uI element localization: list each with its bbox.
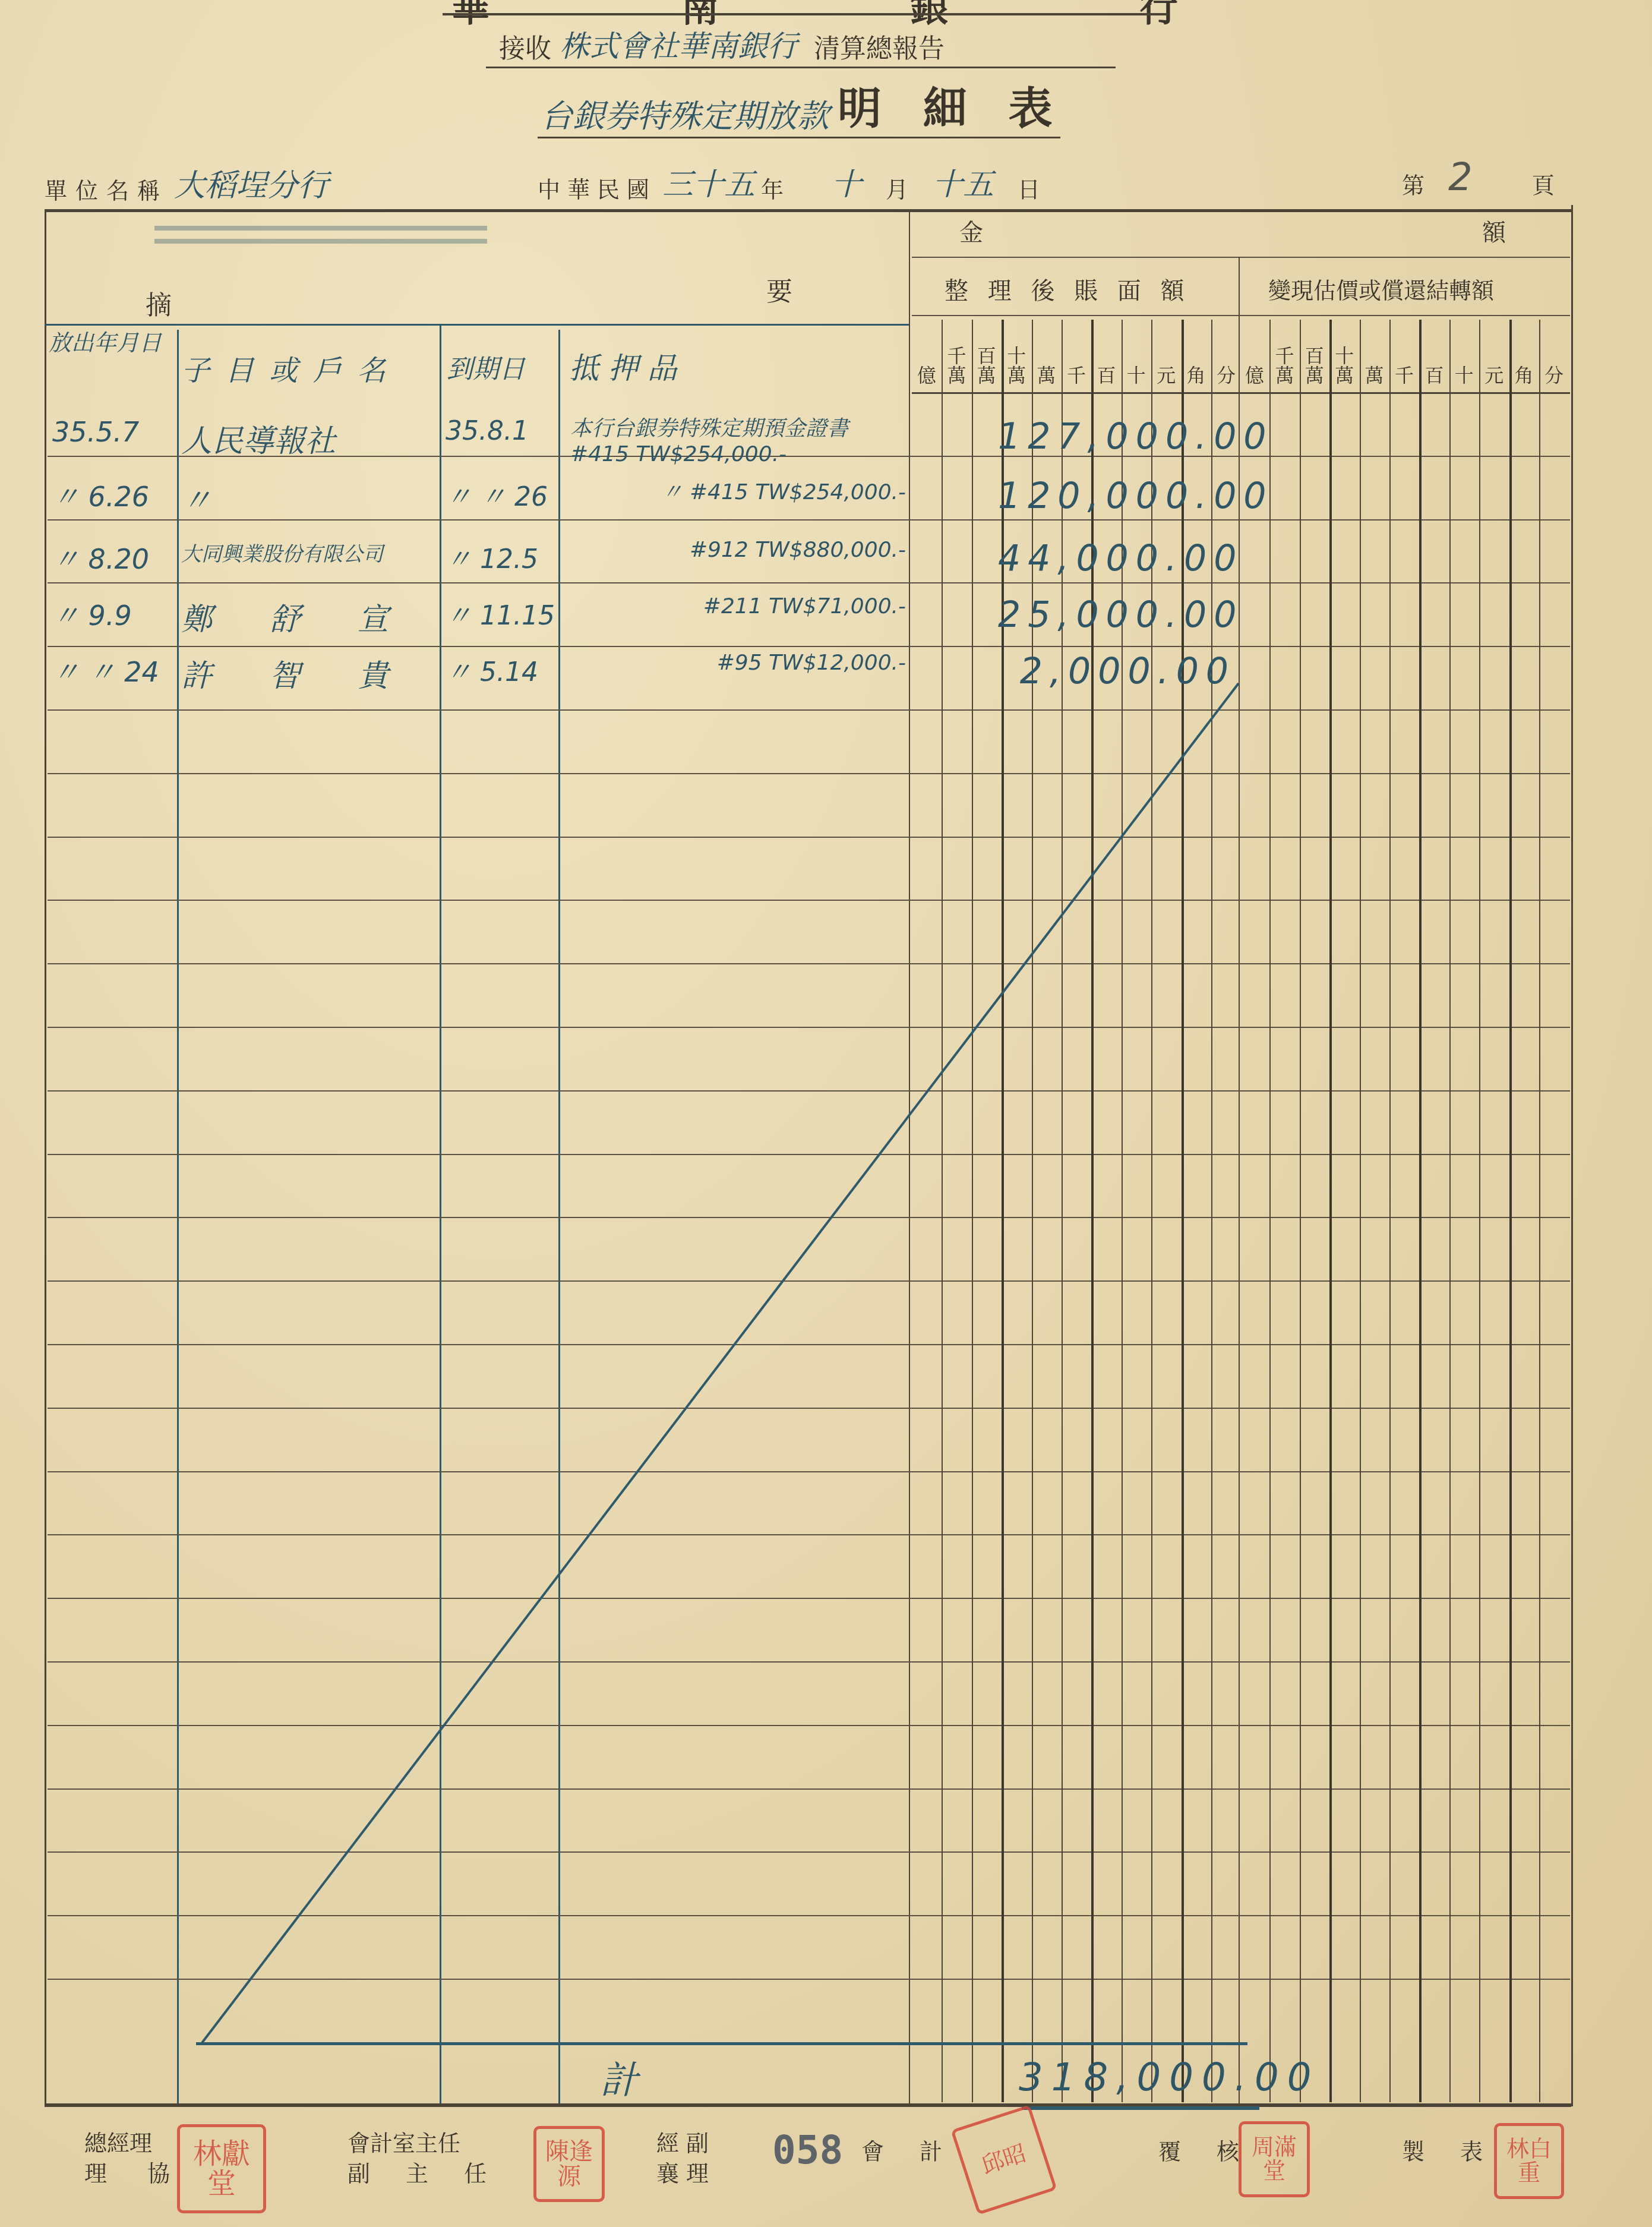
serial-number: 058 [772, 2127, 843, 2173]
stamp-preparer: 林白重 [1494, 2123, 1564, 2199]
sig-role-manager: 經 副 襄 理 [656, 2128, 709, 2190]
sig-role-preparer: 製 表 [1402, 2133, 1497, 2166]
stamp-reviewer: 周滿堂 [1239, 2121, 1310, 2197]
sig-role-accounting-chief: 會計室主任 副 主 任 [348, 2128, 501, 2190]
stamp-gm: 林獻堂 [177, 2124, 266, 2213]
total-label: 計 [600, 2050, 638, 2105]
sig-role-accountant: 會 計 [861, 2133, 956, 2166]
total-row-rule [196, 2042, 1247, 2045]
total-amount: 318,000.00 [1019, 2056, 1256, 2100]
sig-role-gm-line1: 總經理 [84, 2128, 187, 2159]
stamp-accounting-chief: 陳逢源 [533, 2126, 605, 2202]
diagonal-cancel-line [0, 0, 1652, 2227]
sig-role-accounting-chief-line2: 副 主 任 [348, 2159, 501, 2189]
sig-role-accounting-chief-line1: 會計室主任 [348, 2128, 501, 2159]
sig-role-gm-line2: 理 協 [84, 2159, 187, 2189]
total-double-underline [1022, 2106, 1259, 2110]
sig-role-gm: 總經理 理 協 [84, 2128, 187, 2190]
sig-role-manager-line1: 經 副 [656, 2128, 709, 2159]
sig-role-manager-line2: 襄 理 [656, 2159, 709, 2189]
